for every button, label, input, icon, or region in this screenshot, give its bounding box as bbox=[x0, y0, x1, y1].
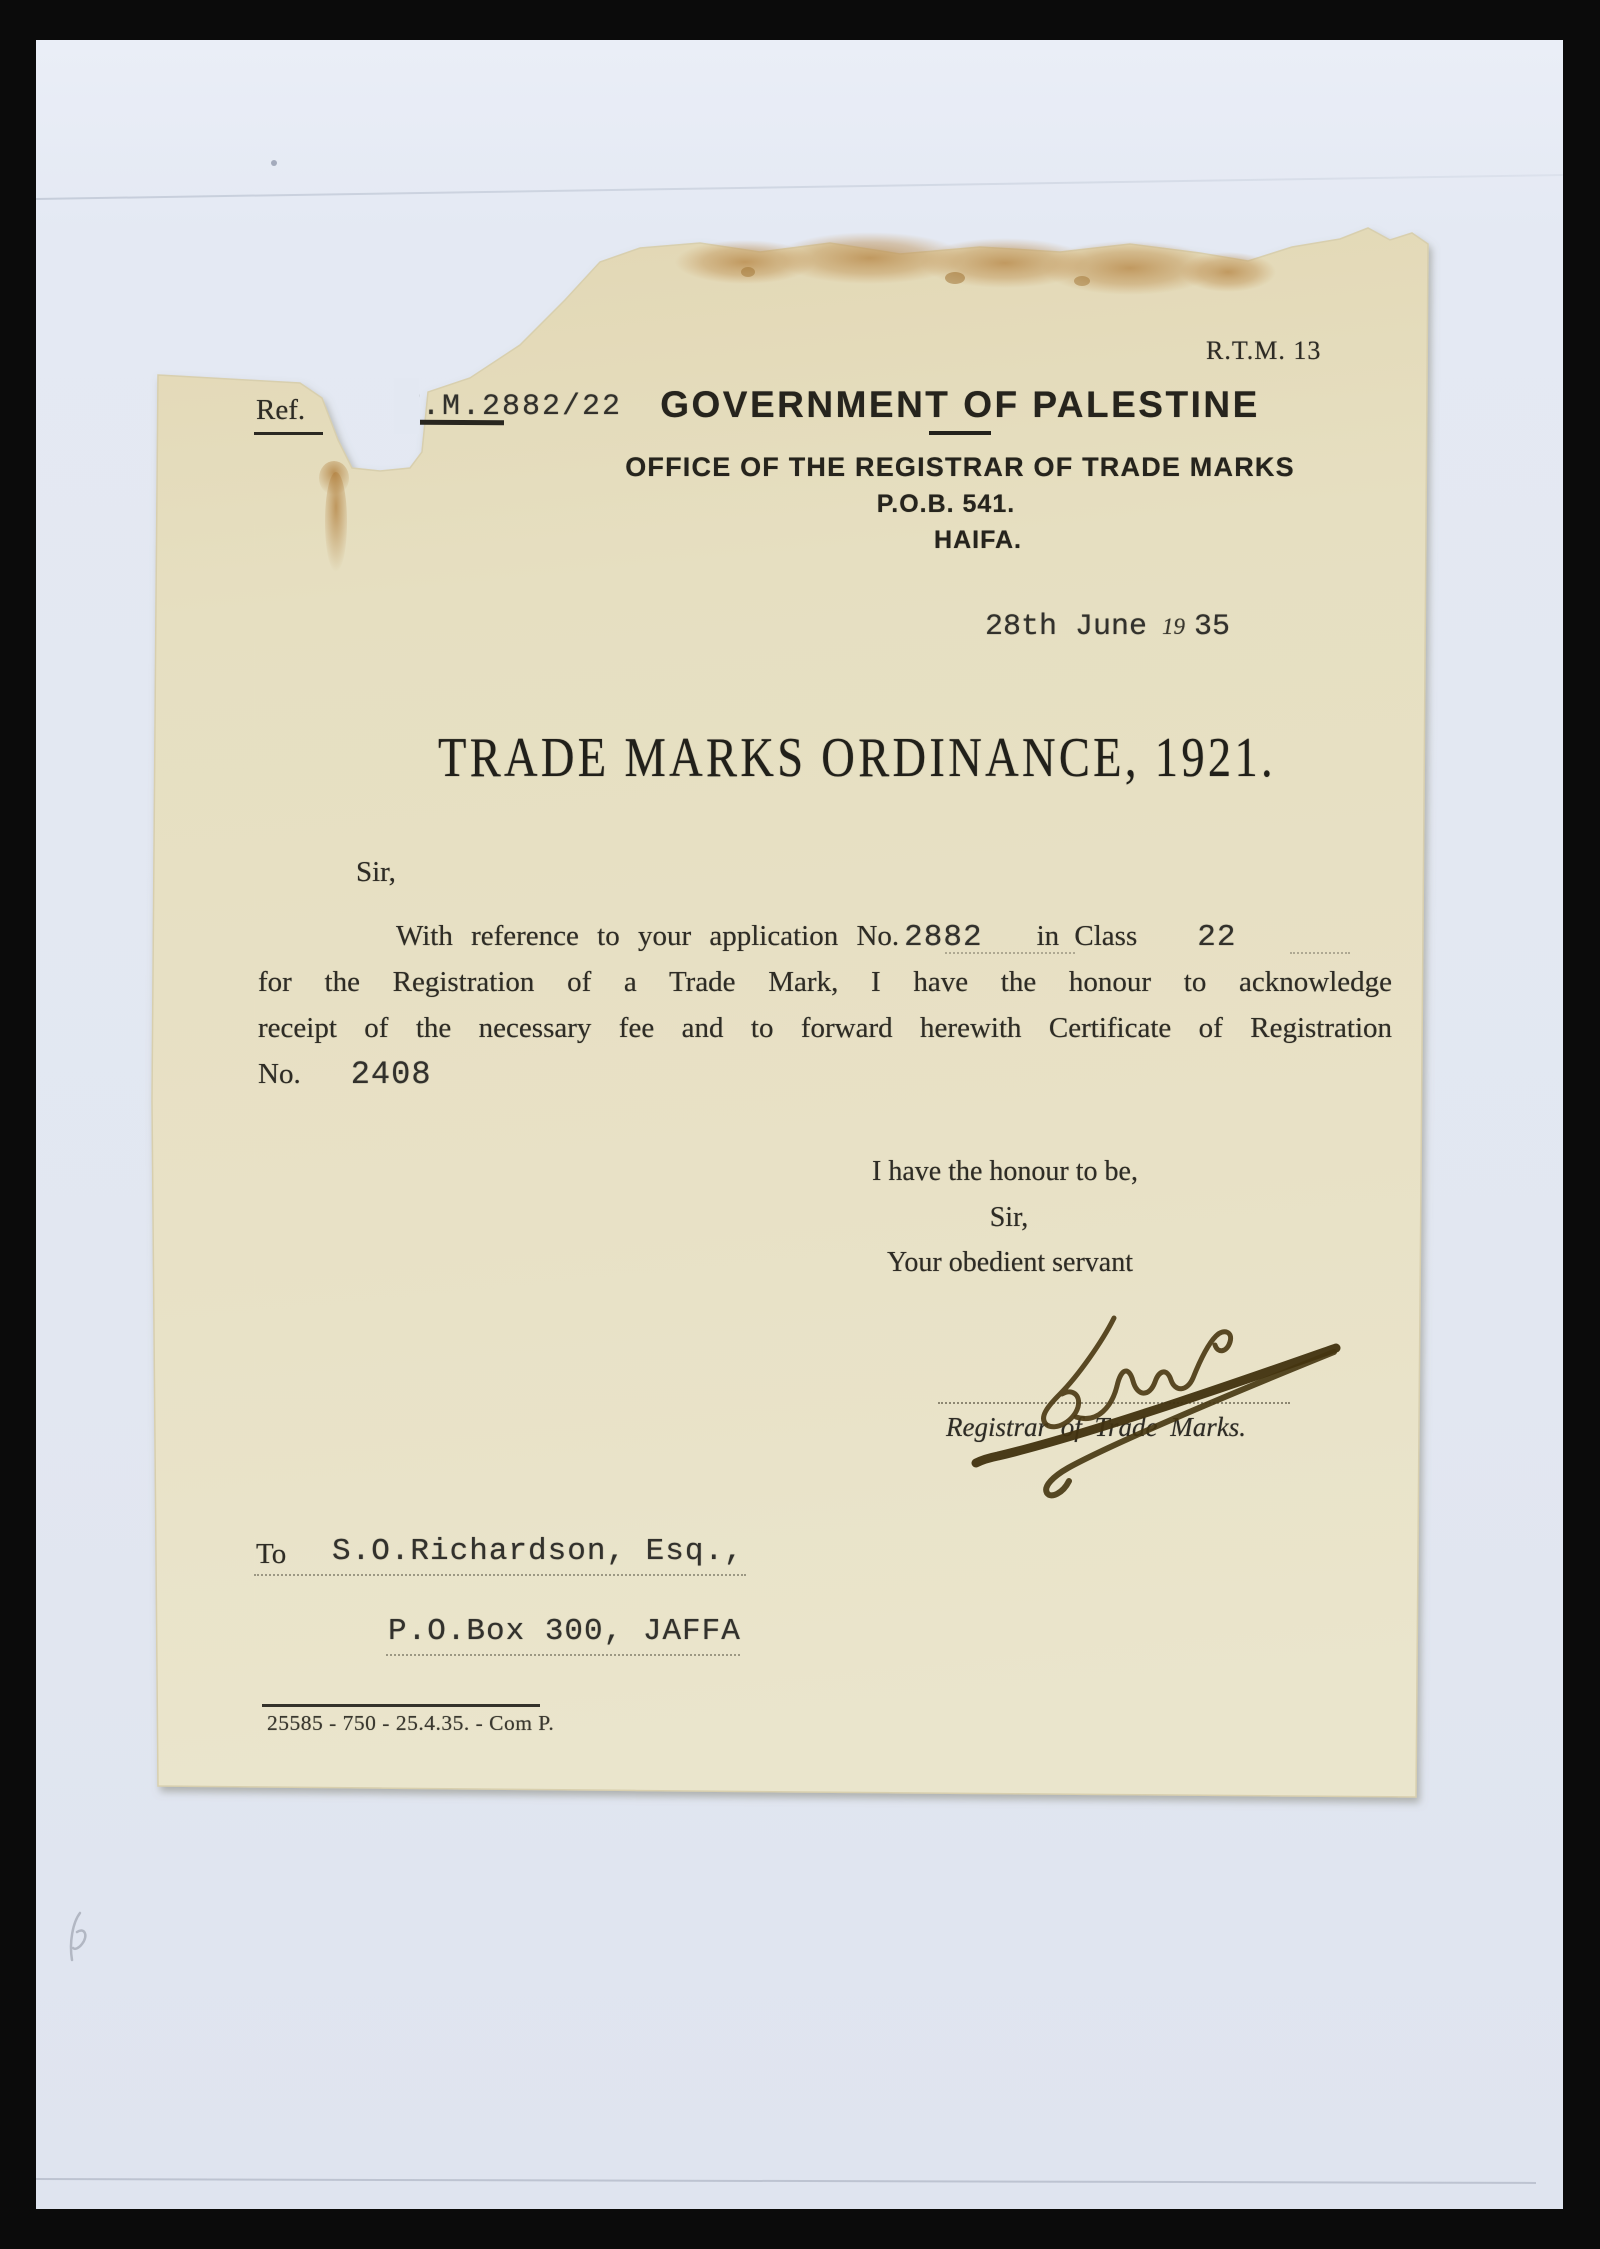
imprint-rule bbox=[262, 1704, 540, 1707]
scanned-letter-photo: R.T.M. 13 GOVERNMENT OF PALESTINE OFFICE… bbox=[0, 0, 1600, 2249]
document-title: TRADE MARKS ORDINANCE, 1921. bbox=[438, 726, 1276, 790]
closing-line-2: Sir, bbox=[770, 1202, 1248, 1234]
body-line-4: No. 2408 bbox=[258, 1056, 432, 1093]
letterhead-government: GOVERNMENT OF PALESTINE bbox=[560, 384, 1360, 426]
pencil-mark bbox=[55, 1900, 115, 1980]
addressee-address-dotted-line bbox=[386, 1654, 740, 1656]
signature-ink bbox=[900, 1280, 1400, 1610]
date-printed-19: 19 bbox=[1162, 614, 1185, 640]
registration-number: 2408 bbox=[351, 1056, 432, 1093]
letterhead-office: OFFICE OF THE REGISTRAR OF TRADE MARKS bbox=[560, 452, 1360, 483]
dotted-rule-after-number bbox=[945, 952, 1075, 954]
date-day-month: 28th June bbox=[985, 610, 1147, 644]
body-line-3: receipt of the necessary fee and to forw… bbox=[258, 1012, 1392, 1045]
addressee-name: S.O.Richardson, Esq., bbox=[332, 1534, 744, 1569]
addressee-label: To bbox=[256, 1538, 286, 1571]
application-number: 2882 bbox=[904, 920, 982, 955]
addressee-address: P.O.Box 300, JAFFA bbox=[388, 1614, 741, 1649]
dotted-rule-after-class bbox=[1290, 952, 1350, 954]
letterhead-po-box: P.O.B. 541. bbox=[546, 490, 1346, 519]
letterhead-city: HAIFA. bbox=[578, 526, 1378, 555]
reference-underline bbox=[420, 420, 504, 426]
body-line4-no-label: No. bbox=[258, 1058, 301, 1091]
salutation: Sir, bbox=[356, 856, 396, 889]
letterhead: GOVERNMENT OF PALESTINE OFFICE OF THE RE… bbox=[560, 0, 1360, 600]
class-number: 22 bbox=[1197, 920, 1236, 955]
body-line1-printed: With reference to your application No. bbox=[396, 920, 899, 953]
reference-label: Ref. bbox=[254, 394, 323, 435]
tear-gap-over-reference bbox=[394, 378, 419, 434]
closing-line-3: Your obedient servant bbox=[770, 1247, 1250, 1279]
letterhead-rule bbox=[929, 431, 991, 435]
printer-imprint: 25585 - 750 - 25.4.35. - Com P. bbox=[267, 1711, 554, 1736]
body-line1-in-class: in Class bbox=[1037, 920, 1138, 953]
body-line-1: With reference to your application No. 2… bbox=[396, 920, 1236, 955]
closing-line-1: I have the honour to be, bbox=[770, 1156, 1240, 1188]
addressee-name-dotted-line bbox=[254, 1574, 746, 1576]
date-line: 28th June 19 35 bbox=[985, 610, 1230, 644]
body-line-2: for the Registration of a Trade Mark, I … bbox=[258, 966, 1392, 999]
date-year: 35 bbox=[1194, 610, 1230, 644]
